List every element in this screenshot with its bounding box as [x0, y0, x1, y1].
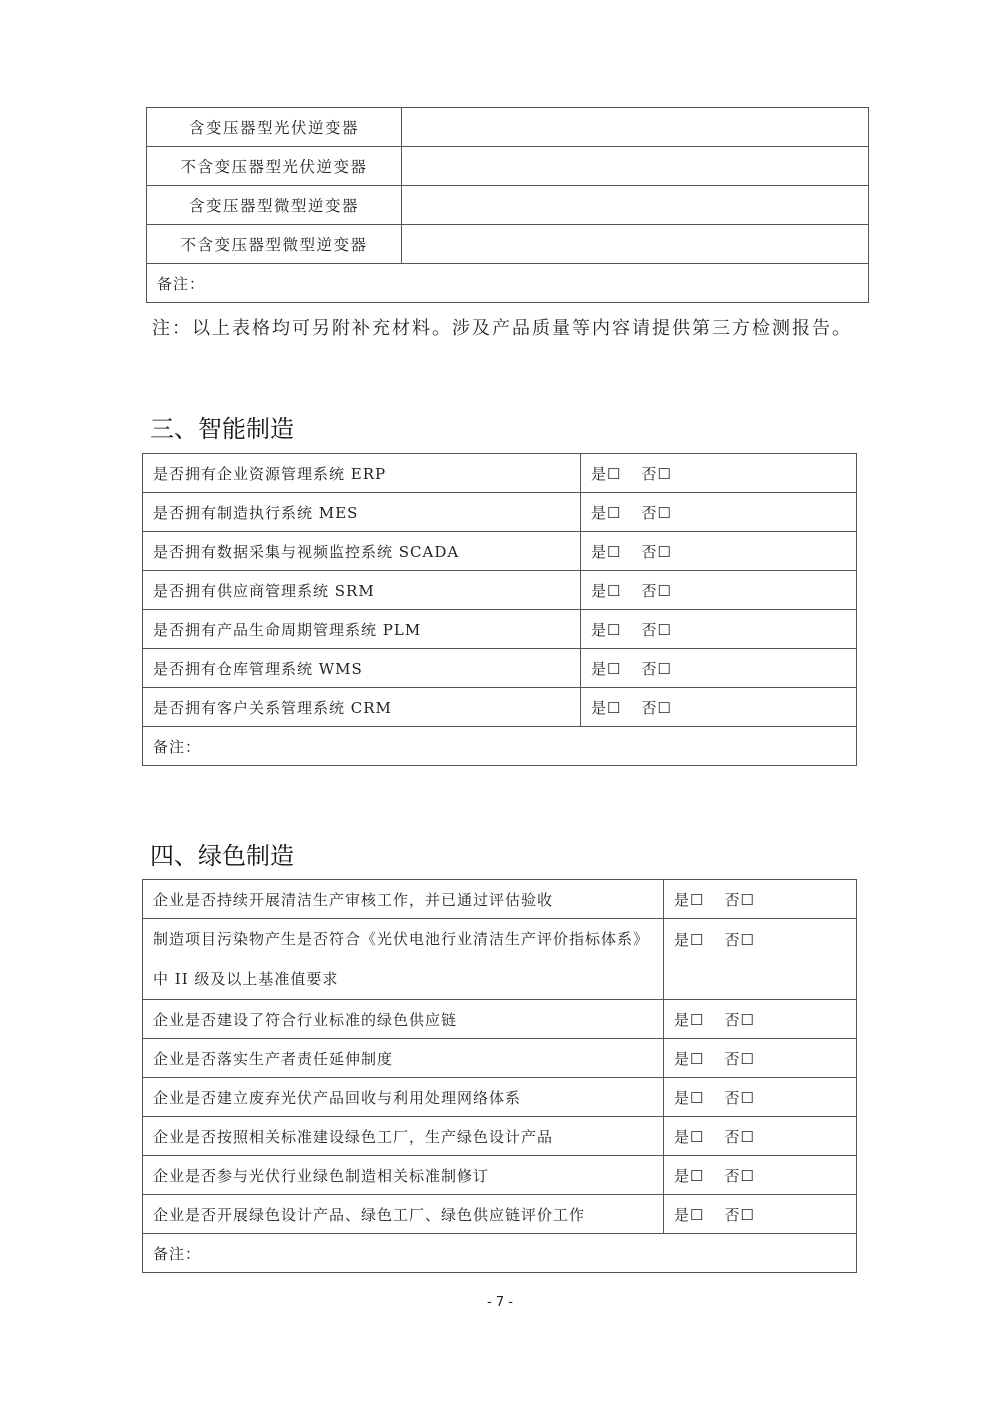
question-cell: 企业是否建立废弃光伏产品回收与利用处理网络体系	[143, 1078, 664, 1117]
no-checkbox[interactable]: 否☐	[724, 1089, 754, 1107]
inverter-value-cell[interactable]	[402, 186, 869, 225]
yes-no-cell: 是☐否☐	[664, 880, 857, 919]
table-row: 不含变压器型微型逆变器	[147, 225, 869, 264]
table-row: 是否拥有客户关系管理系统 CRM 是☐否☐	[143, 688, 857, 727]
inverter-type-label: 不含变压器型微型逆变器	[147, 225, 402, 264]
smart-manufacturing-table: 是否拥有企业资源管理系统 ERP 是☐否☐ 是否拥有制造执行系统 MES 是☐否…	[142, 453, 857, 766]
yes-no-cell: 是☐否☐	[581, 454, 857, 493]
question-cell: 企业是否持续开展清洁生产审核工作，并已通过评估验收	[143, 880, 664, 919]
yes-no-cell: 是☐否☐	[664, 1078, 857, 1117]
no-checkbox[interactable]: 否☐	[641, 543, 671, 561]
yes-no-cell: 是☐否☐	[664, 919, 857, 1000]
table-row: 企业是否持续开展清洁生产审核工作，并已通过评估验收 是☐否☐	[143, 880, 857, 919]
question-cell: 是否拥有制造执行系统 MES	[143, 493, 581, 532]
remark-cell[interactable]: 备注：	[143, 1234, 857, 1273]
question-cell: 企业是否参与光伏行业绿色制造相关标准制修订	[143, 1156, 664, 1195]
yes-checkbox[interactable]: 是☐	[674, 1050, 704, 1068]
yes-checkbox[interactable]: 是☐	[674, 891, 704, 909]
yes-checkbox[interactable]: 是☐	[591, 465, 621, 483]
section-title-green-manufacturing: 四、绿色制造	[150, 836, 294, 871]
remark-row: 备注：	[143, 727, 857, 766]
yes-checkbox[interactable]: 是☐	[591, 621, 621, 639]
table-row: 是否拥有供应商管理系统 SRM 是☐否☐	[143, 571, 857, 610]
yes-checkbox[interactable]: 是☐	[591, 582, 621, 600]
yes-checkbox[interactable]: 是☐	[674, 1011, 704, 1029]
inverter-type-label: 含变压器型微型逆变器	[147, 186, 402, 225]
remark-cell[interactable]: 备注：	[147, 264, 869, 303]
remark-cell[interactable]: 备注：	[143, 727, 857, 766]
yes-no-cell: 是☐否☐	[664, 1195, 857, 1234]
no-checkbox[interactable]: 否☐	[724, 1206, 754, 1224]
table-row: 是否拥有仓库管理系统 WMS 是☐否☐	[143, 649, 857, 688]
yes-no-cell: 是☐否☐	[581, 610, 857, 649]
yes-checkbox[interactable]: 是☐	[591, 660, 621, 678]
table-row: 是否拥有制造执行系统 MES 是☐否☐	[143, 493, 857, 532]
no-checkbox[interactable]: 否☐	[724, 891, 754, 909]
no-checkbox[interactable]: 否☐	[641, 621, 671, 639]
question-cell: 是否拥有供应商管理系统 SRM	[143, 571, 581, 610]
table-row: 不含变压器型光伏逆变器	[147, 147, 869, 186]
green-manufacturing-table: 企业是否持续开展清洁生产审核工作，并已通过评估验收 是☐否☐ 制造项目污染物产生…	[142, 879, 857, 1273]
remark-row: 备注：	[147, 264, 869, 303]
table-row: 企业是否开展绿色设计产品、绿色工厂、绿色供应链评价工作 是☐否☐	[143, 1195, 857, 1234]
yes-checkbox[interactable]: 是☐	[674, 931, 704, 949]
question-cell: 企业是否按照相关标准建设绿色工厂，生产绿色设计产品	[143, 1117, 664, 1156]
no-checkbox[interactable]: 否☐	[641, 504, 671, 522]
table-row: 企业是否建设了符合行业标准的绿色供应链 是☐否☐	[143, 1000, 857, 1039]
no-checkbox[interactable]: 否☐	[724, 931, 754, 949]
question-cell: 企业是否建设了符合行业标准的绿色供应链	[143, 1000, 664, 1039]
no-checkbox[interactable]: 否☐	[724, 1050, 754, 1068]
table-row: 企业是否按照相关标准建设绿色工厂，生产绿色设计产品 是☐否☐	[143, 1117, 857, 1156]
yes-no-cell: 是☐否☐	[664, 1000, 857, 1039]
yes-no-cell: 是☐否☐	[581, 688, 857, 727]
yes-checkbox[interactable]: 是☐	[674, 1167, 704, 1185]
question-cell: 是否拥有仓库管理系统 WMS	[143, 649, 581, 688]
no-checkbox[interactable]: 否☐	[641, 660, 671, 678]
inverter-type-label: 含变压器型光伏逆变器	[147, 108, 402, 147]
table-row: 是否拥有企业资源管理系统 ERP 是☐否☐	[143, 454, 857, 493]
yes-no-cell: 是☐否☐	[664, 1156, 857, 1195]
table-row: 是否拥有产品生命周期管理系统 PLM 是☐否☐	[143, 610, 857, 649]
yes-no-cell: 是☐否☐	[664, 1117, 857, 1156]
yes-checkbox[interactable]: 是☐	[591, 543, 621, 561]
yes-checkbox[interactable]: 是☐	[674, 1089, 704, 1107]
yes-no-cell: 是☐否☐	[664, 1039, 857, 1078]
page-number: - 7 -	[0, 1295, 1000, 1310]
yes-checkbox[interactable]: 是☐	[674, 1128, 704, 1146]
question-cell: 制造项目污染物产生是否符合《光伏电池行业清洁生产评价指标体系》中 II 级及以上…	[143, 919, 664, 1000]
yes-no-cell: 是☐否☐	[581, 571, 857, 610]
remark-row: 备注：	[143, 1234, 857, 1273]
table-row: 企业是否参与光伏行业绿色制造相关标准制修订 是☐否☐	[143, 1156, 857, 1195]
section-title-smart-manufacturing: 三、智能制造	[150, 409, 294, 444]
no-checkbox[interactable]: 否☐	[641, 582, 671, 600]
question-cell: 是否拥有企业资源管理系统 ERP	[143, 454, 581, 493]
inverter-type-label: 不含变压器型光伏逆变器	[147, 147, 402, 186]
inverter-value-cell[interactable]	[402, 147, 869, 186]
question-cell: 是否拥有数据采集与视频监控系统 SCADA	[143, 532, 581, 571]
table-row: 含变压器型光伏逆变器	[147, 108, 869, 147]
yes-no-cell: 是☐否☐	[581, 532, 857, 571]
table-row: 企业是否建立废弃光伏产品回收与利用处理网络体系 是☐否☐	[143, 1078, 857, 1117]
no-checkbox[interactable]: 否☐	[641, 465, 671, 483]
table-row: 制造项目污染物产生是否符合《光伏电池行业清洁生产评价指标体系》中 II 级及以上…	[143, 919, 857, 1000]
inverter-value-cell[interactable]	[402, 108, 869, 147]
yes-checkbox[interactable]: 是☐	[591, 699, 621, 717]
inverter-table: 含变压器型光伏逆变器 不含变压器型光伏逆变器 含变压器型微型逆变器 不含变压器型…	[146, 107, 869, 303]
no-checkbox[interactable]: 否☐	[641, 699, 671, 717]
yes-checkbox[interactable]: 是☐	[591, 504, 621, 522]
question-cell: 企业是否开展绿色设计产品、绿色工厂、绿色供应链评价工作	[143, 1195, 664, 1234]
no-checkbox[interactable]: 否☐	[724, 1167, 754, 1185]
question-cell: 是否拥有客户关系管理系统 CRM	[143, 688, 581, 727]
question-cell: 是否拥有产品生命周期管理系统 PLM	[143, 610, 581, 649]
yes-checkbox[interactable]: 是☐	[674, 1206, 704, 1224]
no-checkbox[interactable]: 否☐	[724, 1011, 754, 1029]
yes-no-cell: 是☐否☐	[581, 649, 857, 688]
table-row: 企业是否落实生产者责任延伸制度 是☐否☐	[143, 1039, 857, 1078]
footnote: 注：以上表格均可另附补充材料。涉及产品质量等内容请提供第三方检测报告。	[152, 314, 852, 340]
inverter-value-cell[interactable]	[402, 225, 869, 264]
table-row: 是否拥有数据采集与视频监控系统 SCADA 是☐否☐	[143, 532, 857, 571]
no-checkbox[interactable]: 否☐	[724, 1128, 754, 1146]
yes-no-cell: 是☐否☐	[581, 493, 857, 532]
question-cell: 企业是否落实生产者责任延伸制度	[143, 1039, 664, 1078]
table-row: 含变压器型微型逆变器	[147, 186, 869, 225]
